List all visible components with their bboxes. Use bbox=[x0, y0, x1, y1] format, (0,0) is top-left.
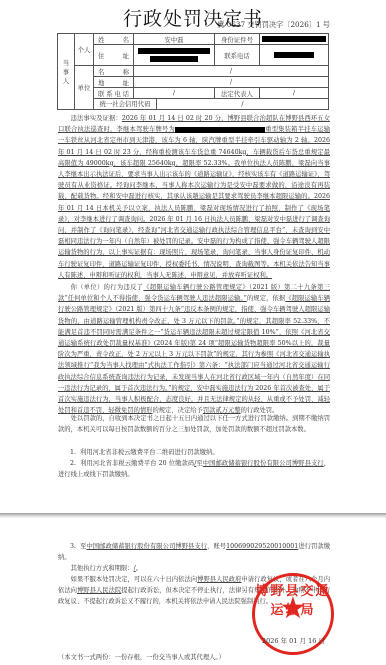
unit-address-value: / bbox=[134, 77, 329, 88]
redacted-block bbox=[138, 48, 210, 54]
id-value bbox=[260, 34, 329, 45]
violation-section: 你（单位）的行为违反了《超限运输车辆行驶公路管理规定》（2021 版）第二十九条… bbox=[58, 282, 330, 416]
document-page-1: 行政处罚决定书 冀 0637 交罚罚决字〔2026〕1 号 当事人 个人 姓 名… bbox=[0, 0, 386, 513]
unit-address-label: 地 址 bbox=[94, 77, 134, 88]
document-footer-note: （本文书一式两份：一份存根，一份交当事人或其代理人。） bbox=[58, 652, 225, 661]
facts-heading: 违法事实及证据： bbox=[71, 115, 122, 122]
review-authority: 博野县人民政府 bbox=[197, 576, 241, 583]
punctuation: 。 bbox=[136, 565, 142, 572]
phone-label: 联系电话 bbox=[215, 45, 260, 66]
issue-date: 2026 年 01 月 16 日 bbox=[262, 636, 325, 645]
unit-name-value: / bbox=[134, 66, 329, 77]
violation-text-c: 的规定，依据 bbox=[247, 295, 285, 302]
credit-code-label: 统一社会信用代码 bbox=[94, 99, 157, 109]
facts-section: 违法事实及证据：2026 年 01 月 14 日 02 时 20 分，博野县联合… bbox=[58, 113, 330, 281]
unit-name-label: 名 称 bbox=[94, 66, 134, 77]
credit-code-row: 统一社会信用代码 / bbox=[94, 99, 329, 110]
payment-item-1: 1. 利用河北省非税云缴费平台二维码进行罚款缴纳。 bbox=[58, 447, 330, 458]
credit-code-value: / bbox=[157, 99, 328, 109]
payment-intro: 处以罚款的，自收到本决定书之日起十五日内通过以下任一方式进行罚款缴纳。到期不缴纳… bbox=[58, 413, 330, 435]
redacted-block bbox=[150, 56, 198, 62]
bank-name: 中国邮政储蓄银行股份有限公司博野县支行 bbox=[203, 460, 324, 467]
payment-item-2: 2. 利用河北省非税云缴费平台 20 位缴款码/至中国邮政储蓄银行股份有限公司博… bbox=[58, 458, 330, 480]
star-icon: ★ bbox=[255, 594, 331, 624]
phone-value bbox=[260, 45, 329, 66]
facts-text-b: 重型集装箱半挂车运输一车铁丝从河北省定州市到天津港，该车为 6 轴，陕汽牌重型半… bbox=[58, 126, 330, 279]
document-number: 冀 0637 交罚罚决字〔2026〕1 号 bbox=[217, 20, 330, 30]
unit-phone-value: / bbox=[134, 88, 215, 99]
item-number: 1. bbox=[70, 449, 76, 456]
violation-text-a: 你（单位）的行为违反了 bbox=[71, 284, 144, 291]
redacted-plate bbox=[175, 127, 265, 133]
redacted-block bbox=[274, 52, 314, 58]
court-name: 博野县人民法院 bbox=[77, 587, 121, 594]
appeal-text-a: 如果不服本处罚决定，可以在六十日内依法向 bbox=[71, 576, 198, 583]
redacted-block bbox=[262, 36, 326, 42]
name-value: 安中磊 bbox=[134, 34, 215, 45]
item-number: 3. bbox=[70, 543, 76, 550]
item-text: ，账号 bbox=[207, 543, 226, 550]
item-text: 利用河北省非税云缴费平台二维码进行罚款缴纳。 bbox=[80, 449, 219, 456]
penalty-basis: 《超限运输车辆行驶公路管理规定》（2021 版）第四十九条“违反本条例的规定，指… bbox=[58, 295, 330, 414]
party-label: 当事人 bbox=[58, 34, 75, 110]
unit-label: 单位 bbox=[75, 66, 94, 110]
item-number: 2. bbox=[70, 460, 76, 467]
unit-phone-label: 联系电话 bbox=[94, 88, 134, 99]
bank-name: 中国邮政储蓄银行股份有限公司博野县支行 bbox=[86, 543, 207, 550]
individual-label: 个人 bbox=[75, 34, 94, 66]
payment-item-3: 3. 至中国邮政储蓄银行股份有限公司博野县支行，账号10069902952001… bbox=[58, 541, 330, 563]
legal-rep-label: 法定代表人 bbox=[215, 88, 260, 99]
address-label: 住 址 bbox=[94, 45, 134, 66]
other-execution-label: 其他执行方式和期限： bbox=[71, 565, 134, 572]
party-info-table: 当事人 个人 姓 名 安中磊 身份证件号 住 址 联系电话 单位 名 称 / 地… bbox=[57, 33, 329, 110]
account-number: 100699029520010001 bbox=[226, 543, 298, 550]
id-label: 身份证件号 bbox=[215, 34, 260, 45]
name-label: 姓 名 bbox=[94, 34, 134, 45]
item-text: 利用河北省非税云缴费平台 20 位缴款码 bbox=[80, 460, 194, 467]
legal-rep-value: / bbox=[260, 88, 329, 99]
address-value bbox=[134, 45, 215, 66]
